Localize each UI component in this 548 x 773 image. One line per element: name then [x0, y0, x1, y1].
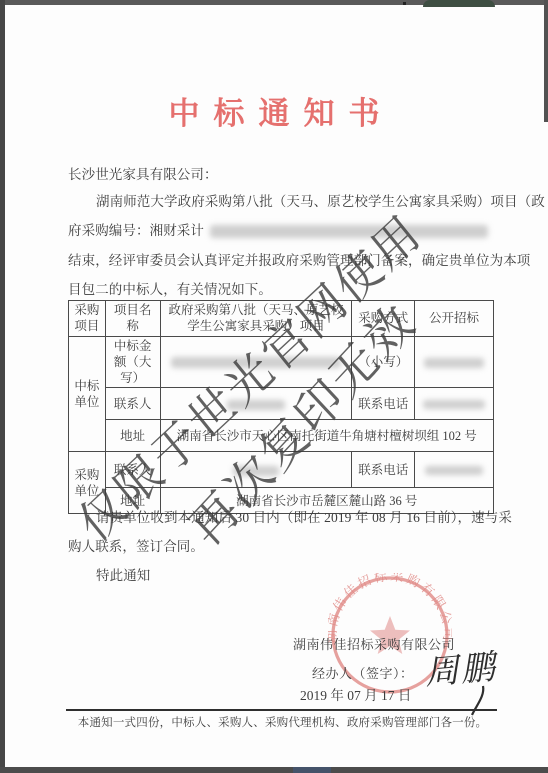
redacted-purchaser-phone: [425, 466, 483, 475]
closing-line-1: 请贵单位收到本通知后 30 日内（即在 2019 年 08 月 16 日前），速…: [96, 506, 512, 526]
scan-artifact-green-tab: [423, 0, 495, 7]
redacted-amount-figures: [424, 358, 484, 368]
body-paragraph-line-2-prefix: 府采购编号：湘财采计: [68, 223, 204, 238]
purchaser-phone-label: 联系电话: [352, 452, 415, 488]
section-procurement-project: 采购项目: [69, 301, 106, 337]
scan-edge-right: [544, 0, 548, 122]
redacted-winner-phone: [423, 400, 485, 409]
scan-edge-bottom: [0, 767, 548, 773]
document-title: 中标通知书: [0, 88, 548, 133]
body-paragraph-line-2: 府采购编号：湘财采计: [68, 219, 488, 239]
scan-artifact-dot: [403, 2, 406, 5]
bid-amount-words-label: 中标金额（大写）: [105, 336, 160, 388]
purchaser-phone-value: [415, 452, 494, 488]
salutation: 长沙世光家具有限公司：: [68, 163, 218, 183]
handwritten-signature: 周鹏: [421, 636, 509, 718]
closing-line-3: 特此通知: [96, 564, 150, 584]
body-paragraph-line-4: 目包二的中标人，有关情况如下。: [68, 278, 272, 298]
scan-edge-left: [0, 0, 5, 773]
winner-phone-value: [415, 388, 494, 420]
bid-amount-figures-value: [415, 336, 494, 388]
signature-text: 周鹏: [423, 647, 501, 693]
winner-contact-label: 联系人: [105, 388, 160, 420]
notice-date: 2019 年 07 月 17 日: [300, 684, 411, 704]
section-winning-bidder: 中标单位: [69, 336, 106, 452]
body-paragraph-line-3: 结束，经评审委员会认真评定并报政府采购管理部门备案，确定贵单位为本项: [68, 249, 530, 269]
closing-line-2: 购人联系，签订合同。: [68, 535, 204, 555]
body-paragraph-line-1: 湖南师范大学政府采购第八批（天马、原艺校学生公寓家具采购）项目（政: [96, 190, 545, 210]
signature-tail-stroke: [472, 686, 483, 715]
project-name-label: 项目名称: [105, 301, 160, 337]
handler-signature-label: 经办人（签字）：: [312, 663, 414, 682]
scan-edge-bottom-blue-segment: [293, 767, 331, 773]
procurement-method-value: 公开招标: [415, 301, 494, 337]
